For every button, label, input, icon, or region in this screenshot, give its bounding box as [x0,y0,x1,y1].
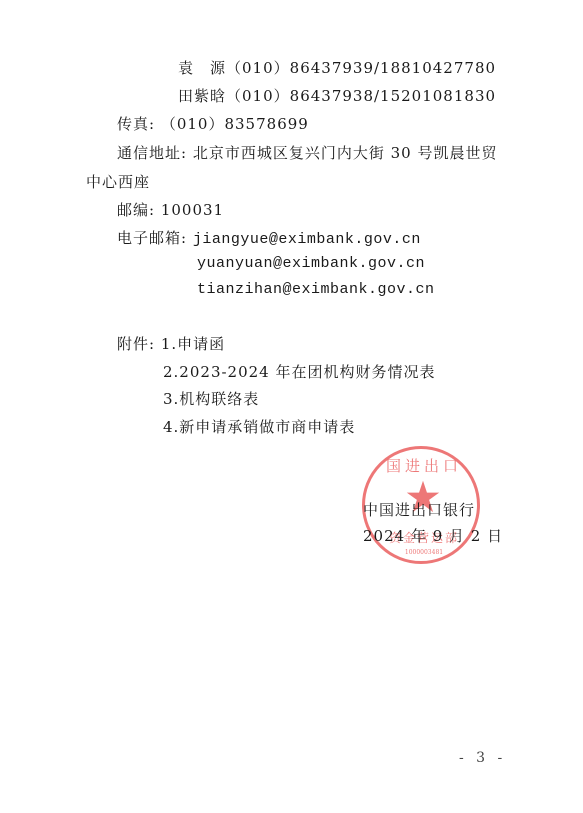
attachment-item: 2.2023-2024 年在团机构财务情况表 [163,362,436,382]
attachment-item: 1.申请函 [161,335,225,353]
address-line-2: 中心西座 [86,172,150,192]
fax-line: 传真: （010）83578699 [117,114,309,134]
postcode-value: 100031 [161,201,224,219]
email-label: 电子邮箱: [117,229,187,247]
email-link-jiangyue[interactable]: jiangyue@eximbank.gov.cn [193,231,421,248]
email-link-tianzihan[interactable]: tianzihan@eximbank.gov.cn [197,280,435,300]
page-number: - 3 - [459,750,506,766]
attachments-label: 附件: [117,335,155,353]
signature-date: 2024 年 9 月 2 日 [363,526,503,546]
address-line-1: 通信地址: 北京市西城区复兴门内大街 30 号凯晨世贸 [117,143,497,163]
fax-value: （010）83578699 [161,115,309,133]
attachment-line-1: 附件: 1.申请函 [117,334,225,354]
address-text-2: 中心西座 [86,173,150,191]
postcode-label: 邮编: [117,201,155,219]
postcode-line: 邮编: 100031 [117,200,224,220]
email-line-1: 电子邮箱: jiangyue@eximbank.gov.cn [117,228,421,250]
contact-phone: （010）86437939/18810427780 [226,59,496,77]
address-text-1: 北京市西城区复兴门内大街 30 号凯晨世贸 [193,144,498,162]
contact-phone: （010）86437938/15201081830 [226,87,496,105]
contact-name: 田紫晗 [178,87,226,105]
seal-top-text: 国进出口 [379,455,469,476]
contact-line-tianzihan: 田紫晗（010）86437938/15201081830 [178,86,496,106]
fax-label: 传真: [117,115,155,133]
attachment-item: 4.新申请承销做市商申请表 [163,417,355,437]
address-label: 通信地址: [117,144,187,162]
attachment-item: 3.机构联络表 [163,389,259,409]
seal-code: 1000003481 [389,549,459,556]
contact-line-yuanyuan: 袁 源（010）86437939/18810427780 [178,58,496,78]
contact-name: 袁 源 [178,59,226,77]
signature-org: 中国进出口银行 [363,500,475,520]
email-link-yuanyuan[interactable]: yuanyuan@eximbank.gov.cn [197,254,425,274]
